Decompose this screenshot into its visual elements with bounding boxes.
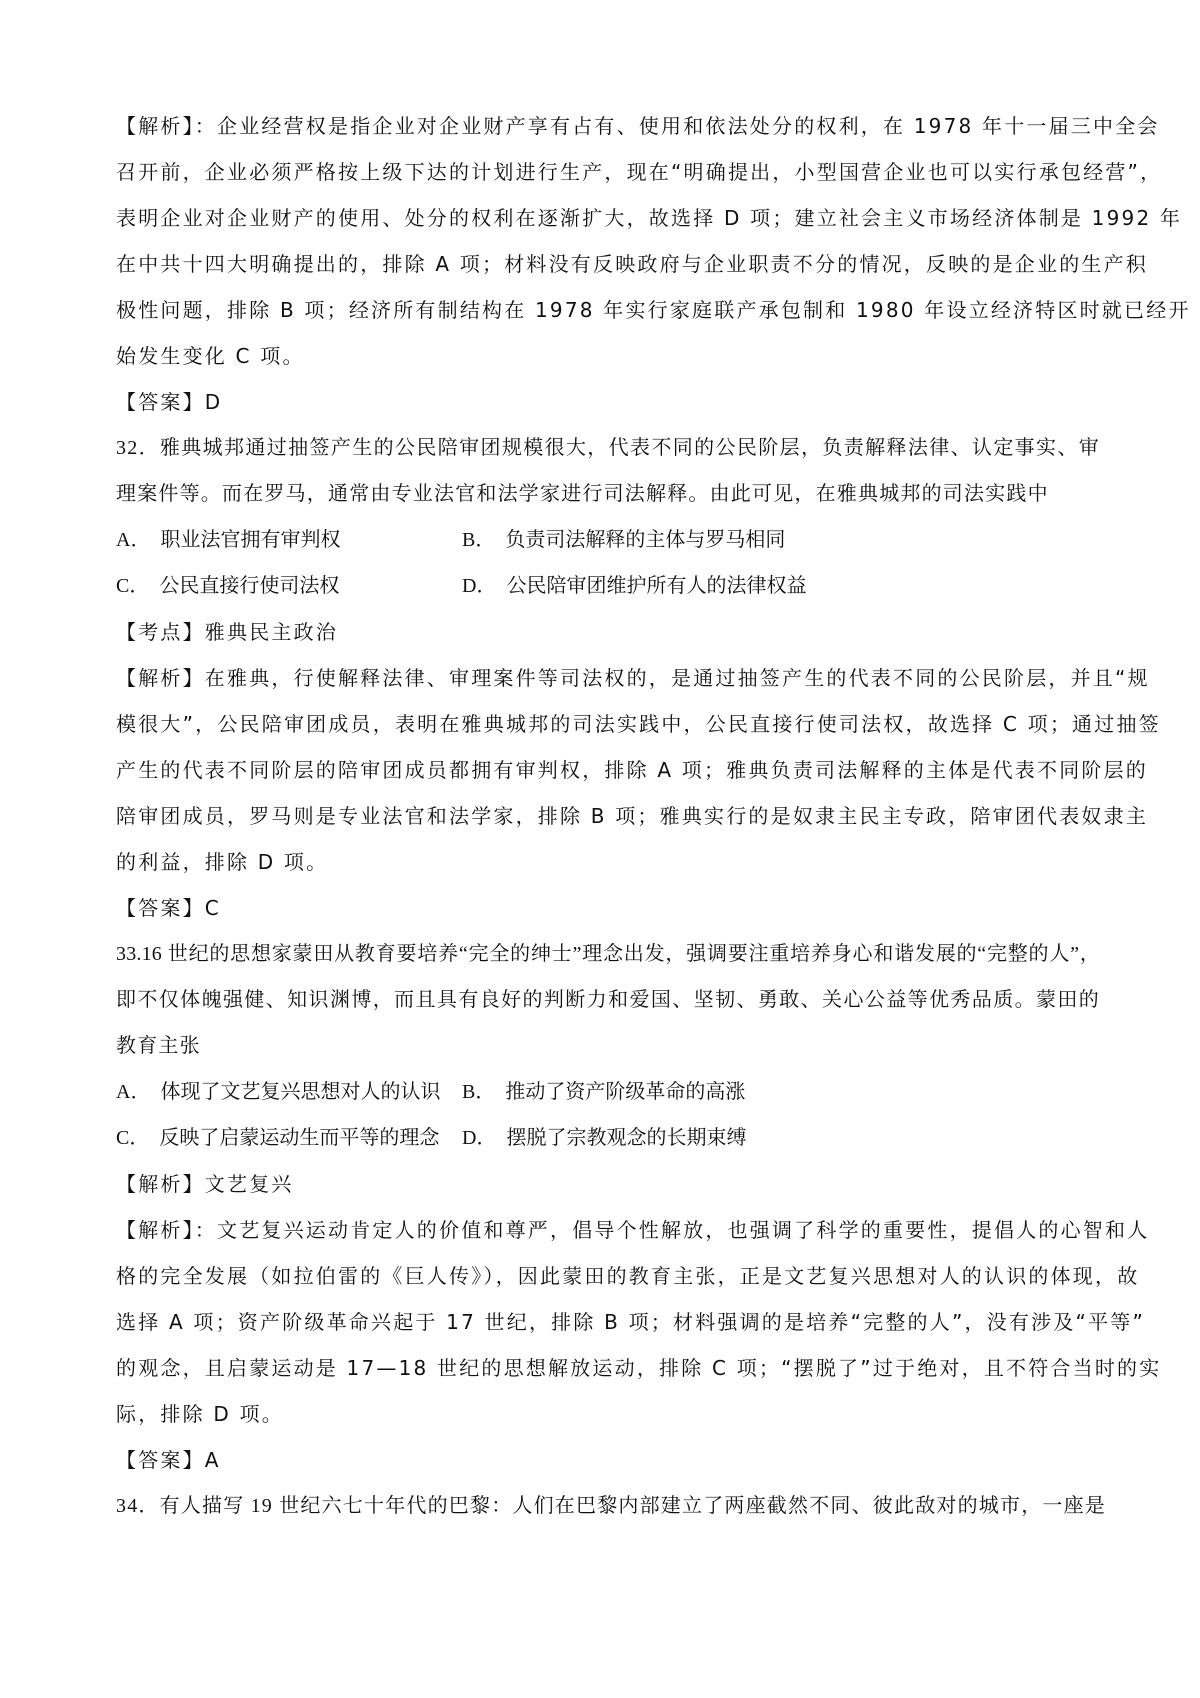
q31-analysis-line: 召开前，企业必须严格按上级下达的计划进行生产，现在“明确提出，小型国营企业也可以… <box>116 157 1100 187</box>
q32-kaodian: 【考点】雅典民主政治 <box>116 617 1100 647</box>
document-page: 【解析】：企业经营权是指企业对企业财产享有占有、使用和依法处分的权利，在 197… <box>0 0 1200 1698</box>
q33-analysis-line: 格的完全发展（如拉伯雷的《巨人传》），因此蒙田的教育主张，正是文艺复兴思想对人的… <box>116 1261 1100 1291</box>
q33-stem-line: 33.16 世纪的思想家蒙田从教育要培养“完全的绅士”理念出发，强调要注重培养身… <box>116 939 1100 969</box>
q32-options-row: A．职业法官拥有审判权 B．负责司法解释的主体与罗马相同 <box>116 525 1100 555</box>
q33-kaodian: 【解析】文艺复兴 <box>116 1169 1100 1199</box>
q33-option-d: D．摆脱了宗教观念的长期束缚 <box>462 1123 746 1153</box>
q32-stem-line: 32．雅典城邦通过抽签产生的公民陪审团规模很大，代表不同的公民阶层，负责解释法律… <box>116 433 1100 463</box>
q33-option-c: C．反映了启蒙运动生而平等的理念 <box>116 1123 439 1153</box>
q31-answer: 【答案】D <box>116 387 1100 417</box>
q31-analysis-line: 表明企业对企业财产的使用、处分的权利在逐渐扩大，故选择 D 项；建立社会主义市场… <box>116 203 1100 233</box>
q32-option-b: B．负责司法解释的主体与罗马相同 <box>462 525 785 555</box>
q32-analysis-line: 的利益，排除 D 项。 <box>116 847 1100 877</box>
q32-analysis-line: 陪审团成员，罗马则是专业法官和法学家，排除 B 项；雅典实行的是奴隶主民主专政，… <box>116 801 1100 831</box>
q33-analysis-line: 际，排除 D 项。 <box>116 1399 1100 1429</box>
q33-options-row: C．反映了启蒙运动生而平等的理念 D．摆脱了宗教观念的长期束缚 <box>116 1123 1100 1153</box>
q33-option-a: A．体现了文艺复兴思想对人的认识 <box>116 1077 440 1107</box>
q33-option-b: B．推动了资产阶级革命的高涨 <box>462 1077 745 1107</box>
q31-analysis-line: 在中共十四大明确提出的，排除 A 项；材料没有反映政府与企业职责不分的情况，反映… <box>116 249 1100 279</box>
q33-stem-line: 即不仅体魄强健、知识渊博，而且具有良好的判断力和爱国、坚韧、勇敢、关心公益等优秀… <box>116 985 1100 1015</box>
q32-answer: 【答案】C <box>116 893 1100 923</box>
q33-stem-line: 教育主张 <box>116 1031 1100 1061</box>
q32-option-c: C．公民直接行使司法权 <box>116 571 339 601</box>
q31-analysis-line: 极性问题，排除 B 项；经济所有制结构在 1978 年实行家庭联产承包制和 19… <box>116 295 1100 325</box>
q33-analysis-line: 的观念，且启蒙运动是 17—18 世纪的思想解放运动，排除 C 项；“摆脱了”过… <box>116 1353 1100 1383</box>
q33-answer: 【答案】A <box>116 1445 1100 1475</box>
q33-analysis-line: 【解析】：文艺复兴运动肯定人的价值和尊严，倡导个性解放，也强调了科学的重要性，提… <box>116 1215 1100 1245</box>
q31-analysis-line: 始发生变化 C 项。 <box>116 341 1100 371</box>
q32-stem-line: 理案件等。而在罗马，通常由专业法官和法学家进行司法解释。由此可见，在雅典城邦的司… <box>116 479 1100 509</box>
q32-analysis-line: 模很大”，公民陪审团成员，表明在雅典城邦的司法实践中，公民直接行使司法权，故选择… <box>116 709 1100 739</box>
q33-options-row: A．体现了文艺复兴思想对人的认识 B．推动了资产阶级革命的高涨 <box>116 1077 1100 1107</box>
q32-analysis-line: 产生的代表不同阶层的陪审团成员都拥有审判权，排除 A 项；雅典负责司法解释的主体… <box>116 755 1100 785</box>
q31-analysis-line: 【解析】：企业经营权是指企业对企业财产享有占有、使用和依法处分的权利，在 197… <box>116 111 1100 141</box>
q33-analysis-line: 选择 A 项；资产阶级革命兴起于 17 世纪，排除 B 项；材料强调的是培养“完… <box>116 1307 1100 1337</box>
q32-option-a: A．职业法官拥有审判权 <box>116 525 340 555</box>
q32-option-d: D．公民陪审团维护所有人的法律权益 <box>462 571 806 601</box>
q34-stem-line: 34．有人描写 19 世纪六七十年代的巴黎：人们在巴黎内部建立了两座截然不同、彼… <box>116 1491 1100 1521</box>
q32-analysis-line: 【解析】在雅典，行使解释法律、审理案件等司法权的，是通过抽签产生的代表不同的公民… <box>116 663 1100 693</box>
q32-options-row: C．公民直接行使司法权 D．公民陪审团维护所有人的法律权益 <box>116 571 1100 601</box>
